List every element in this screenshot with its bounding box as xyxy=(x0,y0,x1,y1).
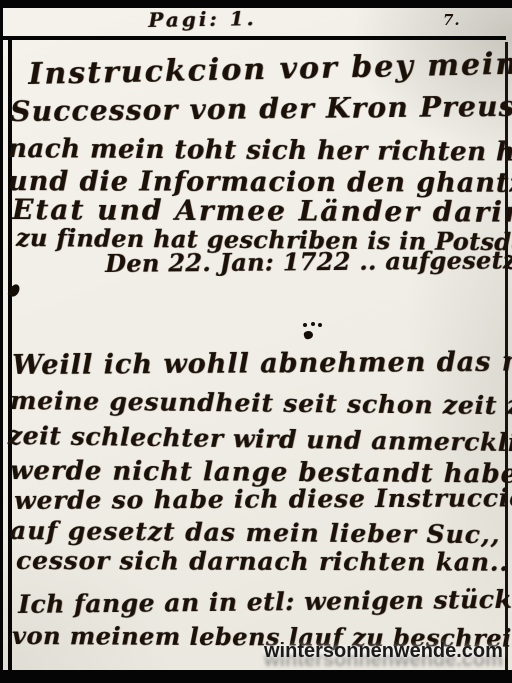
manuscript-line: Etat und Armee Länder darin xyxy=(12,196,512,227)
manuscript-line: Ich fange an in etl: wenigen stücken xyxy=(18,586,512,617)
manuscript-line: auf gesetzt das mein lieber Suc,, xyxy=(10,518,501,547)
manuscript-scan: Pagi: 1. 7. Instruckcion vor bey meinen … xyxy=(0,0,512,683)
page-frame-bottom xyxy=(0,670,512,683)
manuscript-line: meine gesundheit seit schon zeit zu xyxy=(10,388,512,419)
page-number: 7. xyxy=(443,13,461,28)
page-frame-left-edge xyxy=(0,0,3,683)
manuscript-line: zeit schlechter wird und anmercklich xyxy=(8,423,512,456)
manuscript-date-line: Den 22. Jan: 1722 .. aufgesetzet xyxy=(105,248,512,276)
manuscript-line: nach mein toht sich her richten hat xyxy=(8,136,512,166)
watermark: wintersonnenwende.com xyxy=(264,641,503,661)
manuscript-line: Weill ich wohll abnehmen das mit xyxy=(12,348,512,379)
ink-dot xyxy=(311,322,315,326)
ink-dot xyxy=(318,323,322,327)
page-frame-top xyxy=(0,0,512,8)
header-rule xyxy=(0,36,506,40)
ink-dot xyxy=(303,323,307,327)
manuscript-line: cessor sich darnach richten kan.. xyxy=(16,548,509,575)
page-heading: Pagi: 1. xyxy=(148,8,257,30)
manuscript-line: Successor von der Kron Preussen xyxy=(10,92,512,126)
manuscript-line: werde so habe ich diese Instruccion xyxy=(14,485,512,513)
